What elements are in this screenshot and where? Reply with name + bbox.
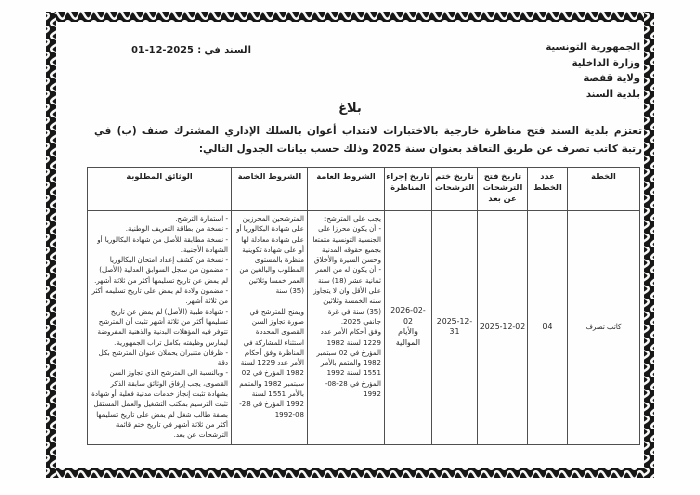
- date-line: السند في : 2025-12-01: [122, 45, 260, 56]
- col-header-special-conditions: الشروط الخاصة: [232, 168, 308, 211]
- col-header-close-date: تاريخ ختم الترشحات: [432, 168, 478, 211]
- letterhead-line-ministry: وزارة الداخلية: [545, 56, 640, 72]
- recruitment-table: الخطة عدد الخطط تاريخ فتح الترشحات عن بع…: [87, 167, 640, 445]
- cell-count: 04: [528, 211, 568, 445]
- letterhead: الجمهورية التونسية وزارة الداخلية ولاية …: [545, 40, 640, 102]
- scanned-document-page: الجمهورية التونسية وزارة الداخلية ولاية …: [0, 0, 700, 495]
- cell-open-date: 2025-12-02: [478, 211, 528, 445]
- cell-close-date: 2025-12-31: [432, 211, 478, 445]
- col-header-exam-date: تاريخ إجراء المناظرة: [385, 168, 432, 211]
- cell-general-conditions: يجب على المترشح: - أن يكون محرزا على الج…: [308, 211, 385, 445]
- cell-plan: كاتب تصرف: [568, 211, 640, 445]
- cell-special-conditions: المترشحين المحرزين على شهادة البكالوريا …: [232, 211, 308, 445]
- table-row: كاتب تصرف 04 2025-12-02 2025-12-31 2026-…: [88, 211, 640, 445]
- intro-paragraph: تعتزم بلدية السند فتح مناظرة خارجية بالا…: [94, 123, 642, 158]
- col-header-count: عدد الخطط: [528, 168, 568, 211]
- letterhead-line-republic: الجمهورية التونسية: [545, 40, 640, 56]
- col-header-plan: الخطة: [568, 168, 640, 211]
- col-header-required-documents: الوثائق المطلوبة: [88, 168, 232, 211]
- document-title: بلاغ: [0, 101, 700, 116]
- letterhead-line-governorate: ولاية قفصة: [545, 71, 640, 87]
- cell-exam-date: 2026-02-02 والأيام الموالية: [385, 211, 432, 445]
- col-header-general-conditions: الشروط العامة: [308, 168, 385, 211]
- col-header-open-date: تاريخ فتح الترشحات عن بعد: [478, 168, 528, 211]
- cell-required-documents: - استمارة الترشح. - نسخة من بطاقة التعري…: [88, 211, 232, 445]
- table-header-row: الخطة عدد الخطط تاريخ فتح الترشحات عن بع…: [88, 168, 640, 211]
